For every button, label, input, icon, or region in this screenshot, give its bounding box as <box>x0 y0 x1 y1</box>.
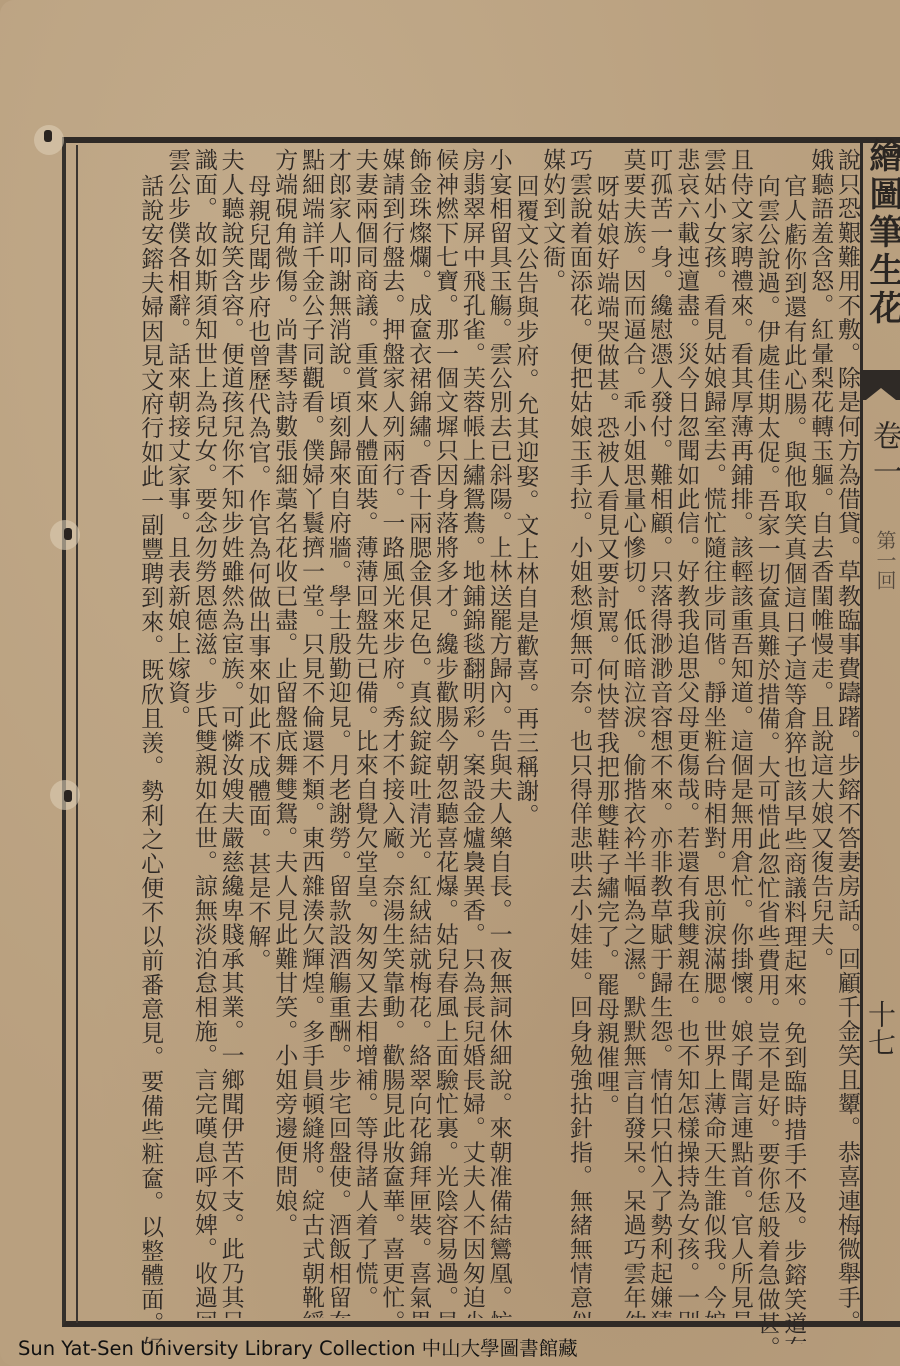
text-column: 小宴相留具玉觴。雲公別去已斜陽。上林送罷方歸內。告與夫人樂自長。一夜無詞休細說。… <box>485 148 512 1318</box>
text-column: 房翡翠屏中飛孔雀。芙蓉帳上繡鴛鴦。地鋪錦毯翻明彩。案設金爐裊異香。只為長兒婚長婦… <box>458 148 485 1318</box>
text-column: 點細端詳千金公子同觀看。僕婦丫鬟擠一堂。只見不倫還不類。東西雜湊欠輝煌。多手員頓… <box>297 148 324 1318</box>
inner-border-line <box>76 145 78 1323</box>
text-column: 候神燃下七寶。那一個文墀只因身落將多才。纔步歡腸今朝忽聽喜花爆。姑兒春風上面驗忙… <box>431 148 458 1318</box>
fishtail-mark-icon <box>862 370 900 400</box>
text-column: 媒請到行盤去。押盤家人列兩行。一路風光來步府。秀才不接入廠。奈湯生笑靠動。歡腸見… <box>378 148 405 1318</box>
text-column: 媒妁到文衙。 <box>538 148 565 1318</box>
library-credit: Sun Yat-Sen University Library Collectio… <box>18 1333 578 1361</box>
text-column: 雲姑小女孩。看見姑娘歸室去。慌忙隨往步同偕。靜坐粧台時相對。思前淚滿腮。世界上薄… <box>699 148 726 1318</box>
binding-thread-icon <box>44 130 52 142</box>
text-column: 才郎家人叩謝無消說。頃刻歸來自府牆。學士殷勤迎見。月老謝勞。留款設酒觴重酬。步宅… <box>324 148 351 1318</box>
text-body: 說只恐艱難用不敷。除是何方為借貸。草教臨事費躊躇。步鎔不答妻房話。回顧千金笑且顰… <box>80 148 860 1318</box>
text-column: 母親兒聞步府也曾歷代為官。作官為何做出事來如此不成體面。甚是不解。 <box>244 148 271 1344</box>
page-number: 十七 <box>878 1000 900 1056</box>
text-column: 夫人聽說笑含容。便道孩兒你不知步姓雖然為宦族。可憐汝嫂夫嚴慈纔卑賤承其業。一鄉聞… <box>217 148 244 1318</box>
text-column: 悲哀六載迍邅盡。災今日忽聞如此信。好教我追思父母更傷哉。若還有我雙親在。也不知怎… <box>672 148 699 1318</box>
chapter-marker: 第一回 <box>880 530 900 590</box>
text-column: 雲公步僕各相辭。話來朝接丈家事。且表新娘上嫁資。 <box>163 148 190 1318</box>
volume-label: 卷一 <box>868 420 900 492</box>
text-column: 飾金珠燦爛。成奩衣裙錦繡。香十兩腮金俱足色。真紋錠錠吐清光。紅絨結就梅花。絡翠向… <box>404 148 431 1318</box>
text-column: 話說安鎔夫婦因見文府行如此一副豐聘到來。既欣且羡。勢利之心便不以前番意見。要備些… <box>136 148 163 1344</box>
text-column: 回覆文公告與步府。允其迎娶。文上林自是歡喜。再三稱謝。 <box>512 148 539 1344</box>
text-column: 方端硯角微傷。尚書琴詩數張細藁名花收已盡。止留盤底舞雙鴛。夫人見此難甘笑。小姐旁… <box>270 148 297 1318</box>
text-column: 向雲公說過。伊處佳期太促。吾家一切奩具難於措備。大可惜此忽忙省些費用。豈不是好。… <box>753 148 780 1344</box>
text-column: 且侍文家聘禮來。看其厚薄再鋪排。該輕該重吾知道。這個是無用倉忙。你掛懷。娘子聞言… <box>726 148 753 1318</box>
binding-thread-icon <box>64 790 72 802</box>
binding-thread-icon <box>64 528 72 540</box>
book-page: 繪圖筆生花 卷一 第一回 十七 說只恐艱難用不敷。除是何方為借貸。草教臨事費躊躇… <box>0 0 900 1366</box>
text-column: 官人虧你到還有此心腸。與他取笑真個這日子這等倉猝也該早些商議料理起來。免到臨時措… <box>780 148 807 1344</box>
book-title: 繪圖筆生花 <box>866 138 900 328</box>
text-column: 識面。故如斯須知世上為兒女。要念勿勞恩德滋。步氏雙親如在世。諒無淡泊怠相施。言完… <box>190 148 217 1318</box>
text-column: 說只恐艱難用不敷。除是何方為借貸。草教臨事費躊躇。步鎔不答妻房話。回顧千金笑且顰… <box>833 148 860 1318</box>
text-column: 夫妻兩個同商議。重賞來人體面裝。薄薄回盤先已備。比來自覺欠堂皇。匆匆又去相增補。… <box>351 148 378 1318</box>
text-column: 娥聽語羞含怒。紅暈梨花轉玉軀。自去香閨帷慢走。且說這大娘又復告兒夫。 <box>806 148 833 1318</box>
text-column: 呀姑娘好端端哭做甚。恐被人看見又要討罵。何快替我把那雙鞋子繡完了。罷母親催哩。 <box>592 148 619 1344</box>
text-column: 莫要夫族。因而逼合。乖小姐思量心慘切。低低暗泣淚。偷揩衣衿半幅為之濕。默默無言自… <box>619 148 646 1318</box>
text-column: 叮孤苦一身。纔慰憑人發付。難相顧。只落得渺渺音容想不來。亦非教草賦于歸生怨。情怕… <box>646 148 673 1318</box>
text-column: 巧雲說着面添花。便把姑娘玉手拉。小姐愁煩無可奈。也只得佯悲哄去小娃娃。回身勉強拈… <box>565 148 592 1318</box>
